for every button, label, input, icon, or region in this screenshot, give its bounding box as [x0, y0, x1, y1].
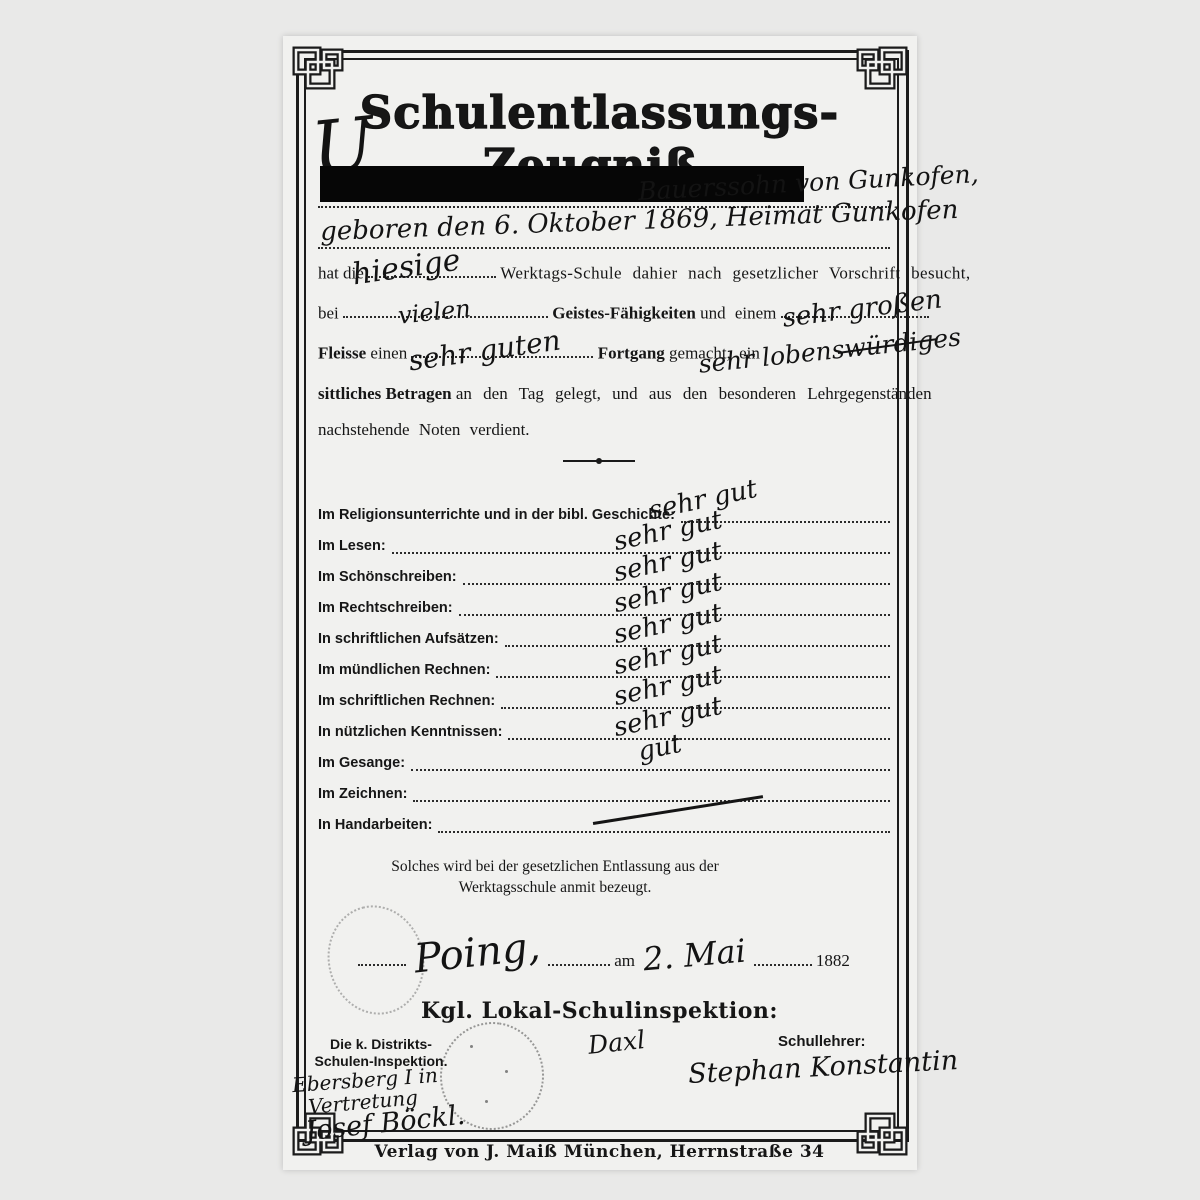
fill-dots — [754, 950, 812, 966]
fill-dots — [438, 827, 890, 833]
grade-row: Im Rechtschreiben: sehr gut — [318, 590, 890, 616]
grade-label: Im Religionsunterrichte und in der bibl.… — [318, 507, 681, 523]
inspection-heading: Kgl. Lokal-Schulinspektion: — [296, 998, 903, 1024]
scanned-certificate: Schulentlassungs-Zeugniß. U Bauerssohn v… — [0, 0, 1200, 1200]
grade-label: Im Lesen: — [318, 538, 392, 554]
grade-label: In Handarbeiten: — [318, 817, 438, 833]
body-text-bold: Geistes-Fähigkeiten — [552, 303, 696, 322]
grade-row: Im Zeichnen: — [318, 776, 890, 802]
section-divider — [563, 460, 635, 462]
grade-row: Im mündlichen Rechnen: sehr gut — [318, 652, 890, 678]
stamp-speck — [485, 1100, 488, 1103]
grade-label: In nützlichen Kenntnissen: — [318, 724, 508, 740]
body-text: an den Tag gelegt, und aus den besondere… — [456, 384, 932, 403]
fill-dots — [411, 765, 890, 771]
grade-row: In schriftlichen Aufsätzen: sehr gut — [318, 621, 890, 647]
fill-dots — [358, 950, 406, 966]
grade-row: Im Gesange: gut — [318, 745, 890, 771]
body-line-4: sittliches Betragen an den Tag gelegt, u… — [318, 384, 890, 404]
district-line-1: Die k. Distrikts- — [302, 1036, 460, 1053]
body-text: nachstehende Noten verdient. — [318, 420, 530, 439]
body-text: Werktags-Schule dahier nach gesetzlicher… — [500, 263, 970, 282]
body-text-bold: Fortgang — [598, 343, 665, 362]
body-text: und einem — [700, 303, 776, 322]
inspector-mark-handwriting: Daxl — [587, 1025, 647, 1060]
closing-statement: Solches wird bei der gesetzlichen Entlas… — [355, 856, 755, 898]
publisher-imprint: Verlag von J. Maiß München, Herrnstraße … — [296, 1142, 903, 1162]
closing-line-2: Werktagsschule anmit bezeugt. — [355, 877, 755, 898]
body-line-5: nachstehende Noten verdient. — [318, 420, 890, 440]
grade-row: Im Schönschreiben: sehr gut — [318, 559, 890, 585]
grade-row: Im schriftlichen Rechnen: sehr gut — [318, 683, 890, 709]
grade-row: In nützlichen Kenntnissen: sehr gut — [318, 714, 890, 740]
body-text-bold: sittliches Betragen — [318, 384, 452, 403]
fill-dots — [508, 734, 890, 740]
body-text: bei — [318, 303, 339, 322]
grade-label: Im Gesange: — [318, 755, 411, 771]
body-text: einen — [370, 343, 407, 362]
grade-label: In schriftlichen Aufsätzen: — [318, 631, 505, 647]
year-printed: 1882 — [816, 951, 850, 970]
grade-label: Im schriftlichen Rechnen: — [318, 693, 501, 709]
fill-dots — [413, 796, 890, 802]
dateline: Poing, am 2. Mai 1882 — [358, 930, 888, 976]
am-label: am — [614, 951, 635, 970]
grade-label: Im Schönschreiben: — [318, 569, 463, 585]
closing-line-1: Solches wird bei der gesetzlichen Entlas… — [355, 856, 755, 877]
date-handwriting: 2. Mai — [642, 932, 748, 979]
stamp-speck — [505, 1070, 508, 1073]
place-handwriting: Poing, — [412, 924, 542, 983]
fill-dots — [548, 950, 610, 966]
grade-label: Im Rechtschreiben: — [318, 600, 459, 616]
stamp-speck — [470, 1045, 473, 1048]
teacher-label: Schullehrer: — [778, 1033, 866, 1050]
grade-row: Im Religionsunterrichte und in der bibl.… — [318, 497, 890, 523]
grade-row: Im Lesen: sehr gut — [318, 528, 890, 554]
grade-label: Im Zeichnen: — [318, 786, 413, 802]
grade-label: Im mündlichen Rechnen: — [318, 662, 496, 678]
body-text-bold: Fleisse — [318, 343, 366, 362]
